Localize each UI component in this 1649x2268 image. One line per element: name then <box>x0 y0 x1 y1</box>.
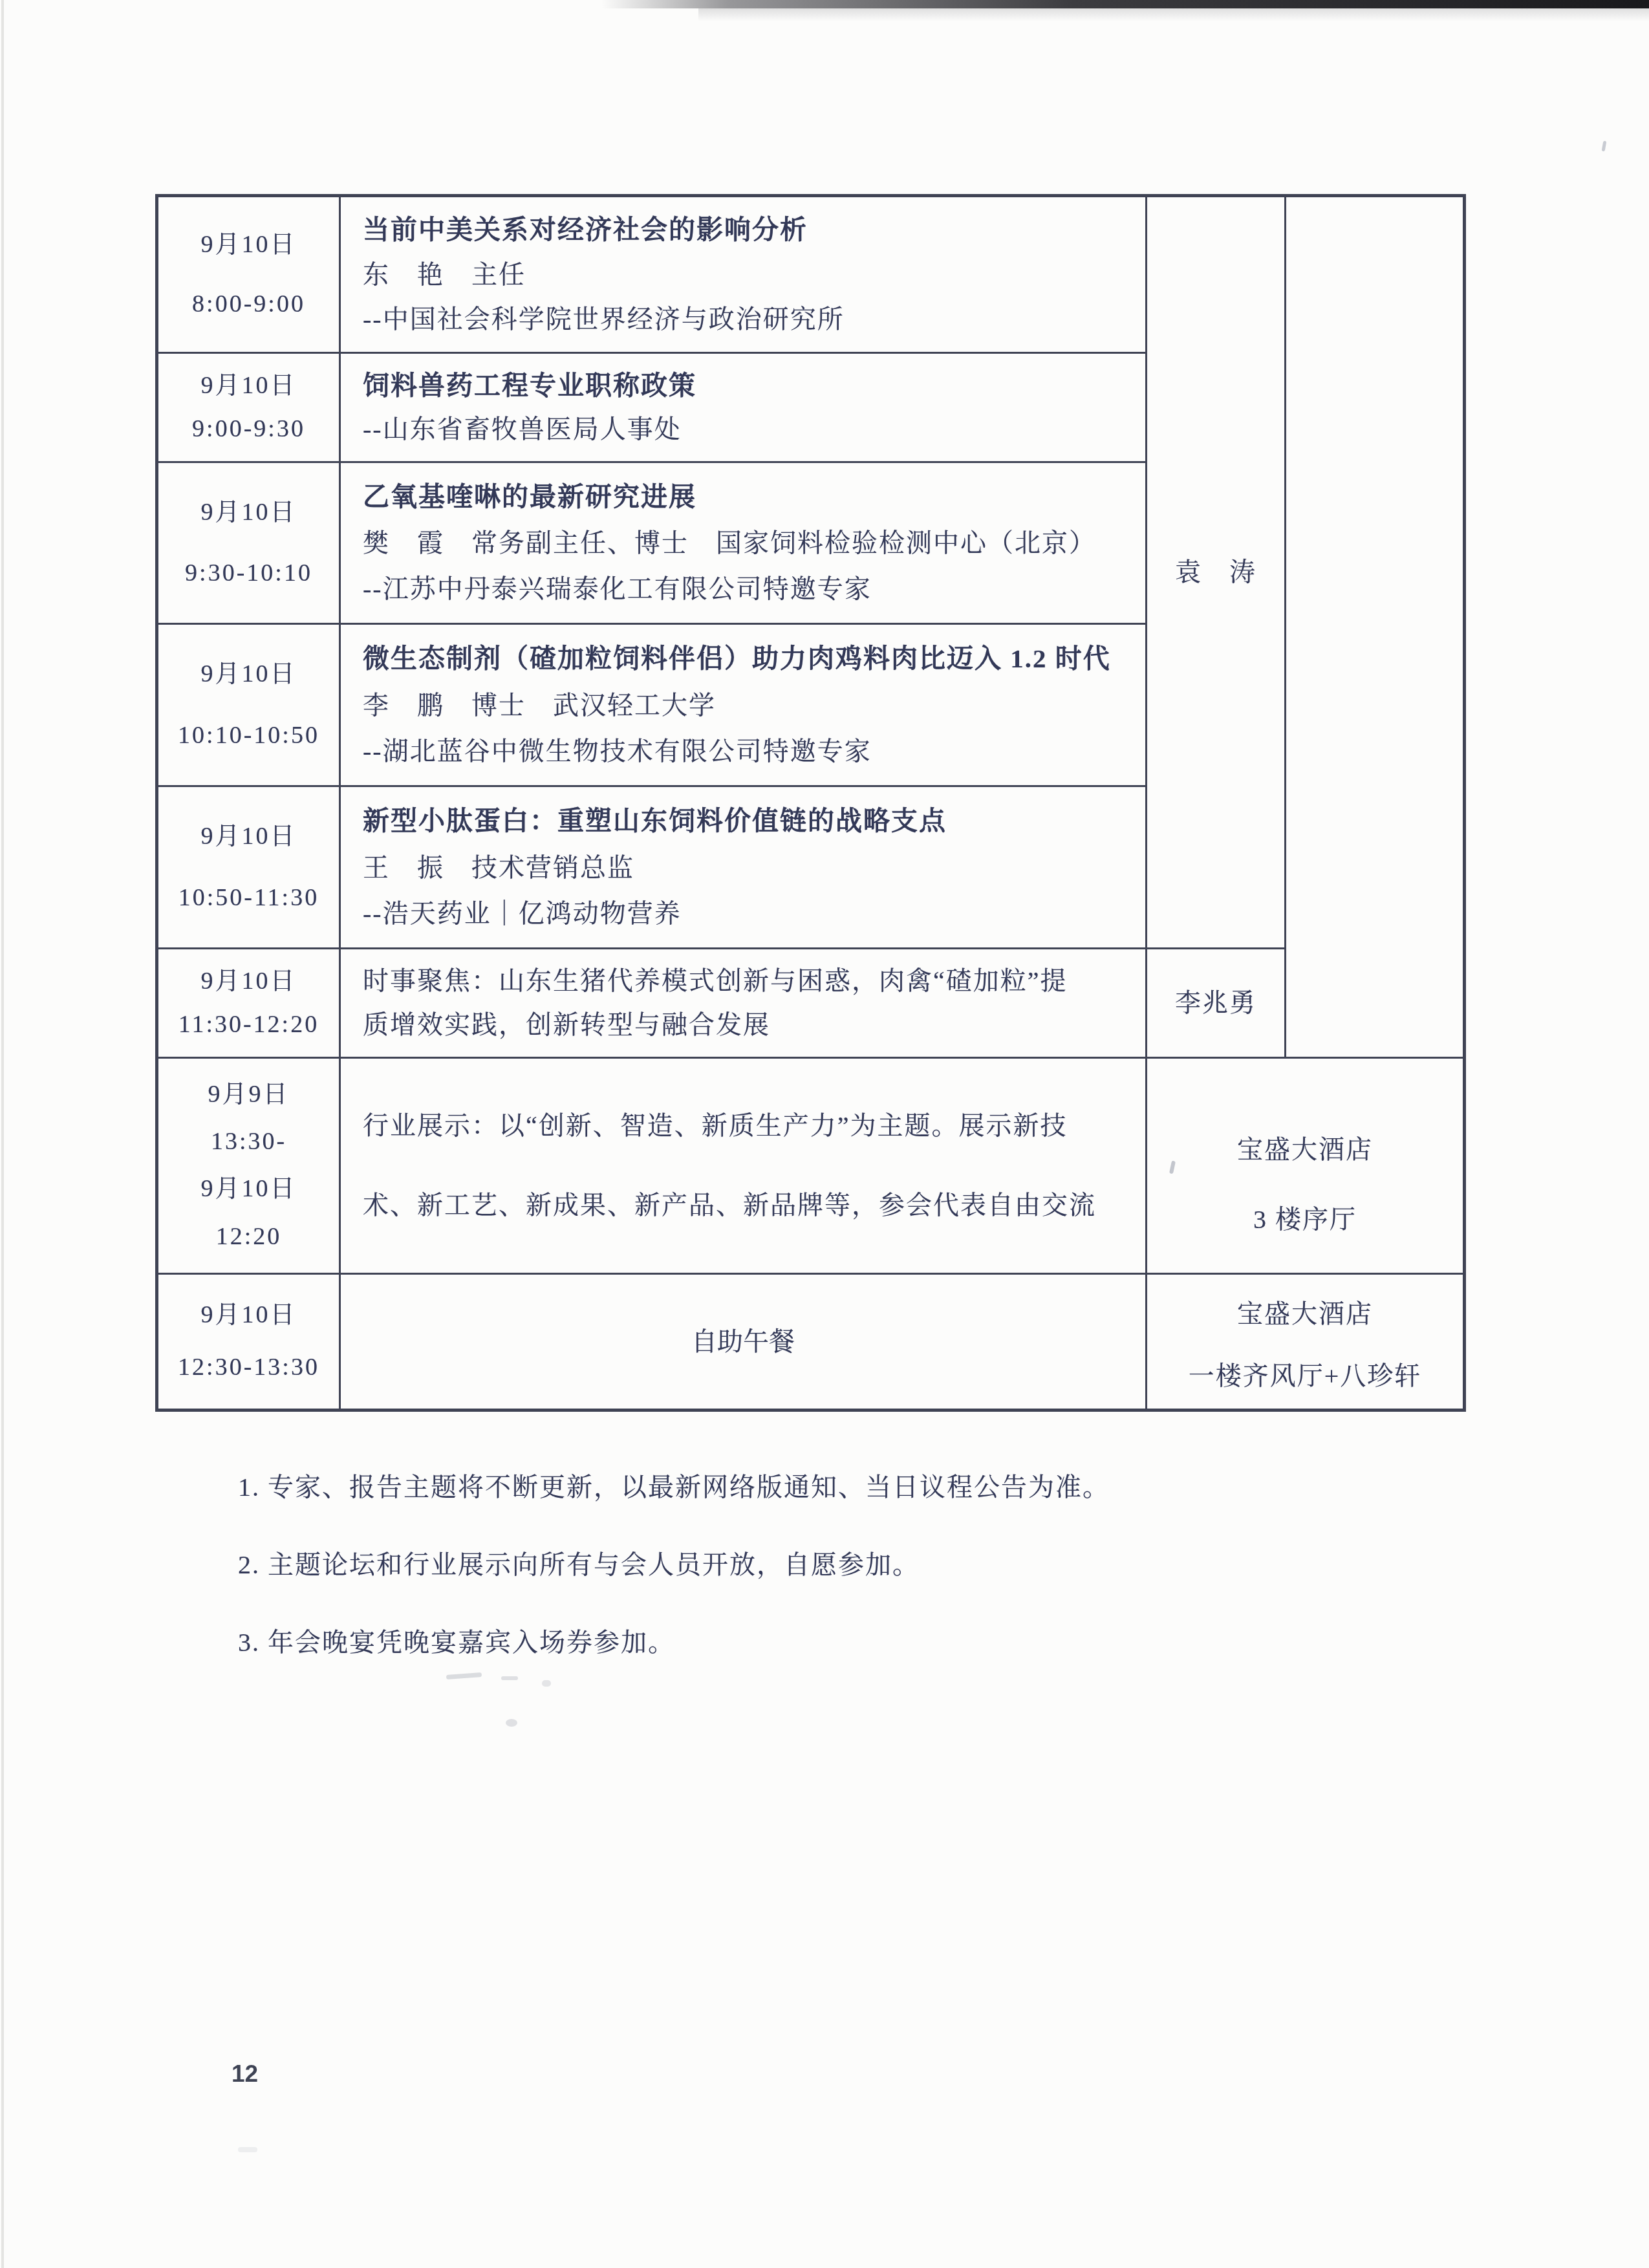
table-row: 9月10日 8:00-9:00 当前中美关系对经济社会的影响分析 东 艳 主任 … <box>157 196 1465 353</box>
session-date: 9月10日 <box>200 1174 296 1205</box>
table-row: 9月10日 11:30-12:20 时事聚焦：山东生猪代养模式创新与困惑，肉禽“… <box>157 949 1465 1058</box>
location-room: 3 楼序厅 <box>1253 1204 1357 1236</box>
session-hours: 10:50-11:30 <box>178 883 319 914</box>
note-1: 1. 专家、报告主题将不断更新，以最新网络版通知、当日议程公告为准。 <box>238 1467 1110 1504</box>
scan-artifact-left-edge <box>1 0 4 2268</box>
session-date: 9月10日 <box>200 371 296 402</box>
session-time-cell: 9月10日 11:30-12:20 <box>157 949 340 1058</box>
session-speaker: 王 振 技术营销总监 <box>363 852 634 884</box>
session-date: 9月10日 <box>200 821 296 852</box>
session-title: 微生态制剂（碴加粒饲料伴侣）助力肉鸡料肉比迈入 1.2 时代 <box>363 642 1111 675</box>
session-affiliation: --中国社会科学院世界经济与政治研究所 <box>363 303 845 336</box>
session-hours: 9:00-9:30 <box>192 414 305 445</box>
scanned-page: 9月10日 8:00-9:00 当前中美关系对经济社会的影响分析 东 艳 主任 … <box>0 0 1649 2268</box>
scan-smudge <box>506 1719 517 1727</box>
session-content-cell: 行业展示：以“创新、智造、新质生产力”为主题。展示新技 术、新工艺、新成果、新产… <box>340 1058 1147 1274</box>
session-content-cell: 自助午餐 <box>340 1274 1147 1410</box>
session-time-cell: 9月9日 13:30- 9月10日 12:20 <box>157 1058 340 1274</box>
session-affiliation: --浩天药业｜亿鸿动物营养 <box>363 898 682 930</box>
session-time-cell: 9月10日 9:00-9:30 <box>157 353 340 462</box>
session-speaker: 樊 霞 常务副主任、博士 国家饲料检验检测中心（北京） <box>363 527 1096 559</box>
session-title: 自助午餐 <box>691 1326 795 1358</box>
scan-artifact-top-fade <box>698 8 1649 21</box>
empty-column-cell <box>1286 196 1465 1058</box>
session-date: 9月10日 <box>200 659 296 690</box>
session-content-cell: 新型小肽蛋白：重塑山东饲料价值链的战略支点 王 振 技术营销总监 --浩天药业｜… <box>340 786 1147 949</box>
session-content-cell: 乙氧基喹啉的最新研究进展 樊 霞 常务副主任、博士 国家饲料检验检测中心（北京）… <box>340 462 1147 624</box>
page-number: 12 <box>232 2060 258 2088</box>
session-time-cell: 9月10日 12:30-13:30 <box>157 1274 340 1410</box>
session-time-cell: 9月10日 9:30-10:10 <box>157 462 340 624</box>
session-time-cell: 9月10日 8:00-9:00 <box>157 196 340 353</box>
session-hours: 12:20 <box>216 1222 282 1253</box>
session-text-line: 行业展示：以“创新、智造、新质生产力”为主题。展示新技 <box>363 1110 1068 1142</box>
session-location-cell: 宝盛大酒店 一楼齐风厅+八珍轩 <box>1147 1274 1465 1410</box>
session-content-cell: 饲料兽药工程专业职称政策 --山东省畜牧兽医局人事处 <box>340 353 1147 462</box>
scan-smudge <box>238 2147 257 2152</box>
session-affiliation: --山东省畜牧兽医局人事处 <box>363 413 682 446</box>
note-3: 3. 年会晚宴凭晚宴嘉宾入场券参加。 <box>238 1622 1110 1659</box>
session-time-cell: 9月10日 10:10-10:50 <box>157 624 340 786</box>
table-row: 9月10日 12:30-13:30 自助午餐 宝盛大酒店 一楼齐风厅+八珍轩 <box>157 1274 1465 1410</box>
session-text-line: 时事聚焦：山东生猪代养模式创新与困惑，肉禽“碴加粒”提 <box>363 965 1068 997</box>
host-name: 袁 涛 <box>1175 556 1256 589</box>
session-affiliation: --湖北蓝谷中微生物技术有限公司特邀专家 <box>363 735 872 768</box>
session-hours: 10:10-10:50 <box>178 720 319 751</box>
session-affiliation: --江苏中丹泰兴瑞泰化工有限公司特邀专家 <box>363 573 872 605</box>
session-date: 9月10日 <box>200 966 296 997</box>
scan-speck <box>1602 141 1607 152</box>
session-date: 9月10日 <box>200 230 296 261</box>
scan-smudge <box>542 1680 551 1687</box>
session-hours: 13:30- <box>211 1127 286 1158</box>
session-content-cell: 当前中美关系对经济社会的影响分析 东 艳 主任 --中国社会科学院世界经济与政治… <box>340 196 1147 353</box>
notes-section: 1. 专家、报告主题将不断更新，以最新网络版通知、当日议程公告为准。 2. 主题… <box>238 1467 1110 1700</box>
session-date: 9月10日 <box>200 1300 296 1331</box>
session-host-cell: 李兆勇 <box>1147 949 1286 1058</box>
session-host-cell: 袁 涛 <box>1147 196 1286 949</box>
session-title: 饲料兽药工程专业职称政策 <box>363 369 696 402</box>
session-title: 当前中美关系对经济社会的影响分析 <box>363 213 808 246</box>
location-room: 一楼齐风厅+八珍轩 <box>1189 1360 1422 1392</box>
location-venue: 宝盛大酒店 <box>1237 1298 1373 1330</box>
host-name: 李兆勇 <box>1175 987 1256 1019</box>
scan-artifact-top-band <box>601 0 1649 8</box>
session-time-cell: 9月10日 10:50-11:30 <box>157 786 340 949</box>
session-title: 新型小肽蛋白：重塑山东饲料价值链的战略支点 <box>363 805 947 837</box>
note-2: 2. 主题论坛和行业展示向所有与会人员开放，自愿参加。 <box>238 1544 1110 1581</box>
schedule-table: 9月10日 8:00-9:00 当前中美关系对经济社会的影响分析 东 艳 主任 … <box>155 194 1466 1412</box>
session-hours: 9:30-10:10 <box>185 558 312 589</box>
session-title: 乙氧基喹啉的最新研究进展 <box>363 481 696 513</box>
session-location-cell: 宝盛大酒店 3 楼序厅 <box>1147 1058 1465 1274</box>
session-speaker: 李 鹏 博士 武汉轻工大学 <box>363 689 716 722</box>
session-date: 9月10日 <box>200 497 296 528</box>
session-content-cell: 微生态制剂（碴加粒饲料伴侣）助力肉鸡料肉比迈入 1.2 时代 李 鹏 博士 武汉… <box>340 624 1147 786</box>
scan-smudge <box>501 1676 518 1680</box>
session-text-line: 术、新工艺、新成果、新产品、新品牌等，参会代表自由交流 <box>363 1189 1096 1222</box>
session-text-line: 质增效实践，创新转型与融合发展 <box>363 1009 770 1041</box>
session-date: 9月9日 <box>208 1079 289 1110</box>
session-hours: 11:30-12:20 <box>178 1010 319 1041</box>
session-content-cell: 时事聚焦：山东生猪代养模式创新与困惑，肉禽“碴加粒”提 质增效实践，创新转型与融… <box>340 949 1147 1058</box>
table-row: 9月9日 13:30- 9月10日 12:20 行业展示：以“创新、智造、新质生… <box>157 1058 1465 1274</box>
session-hours: 12:30-13:30 <box>178 1352 319 1383</box>
location-venue: 宝盛大酒店 <box>1237 1134 1373 1166</box>
session-hours: 8:00-9:00 <box>192 289 305 320</box>
session-speaker: 东 艳 主任 <box>363 259 526 291</box>
